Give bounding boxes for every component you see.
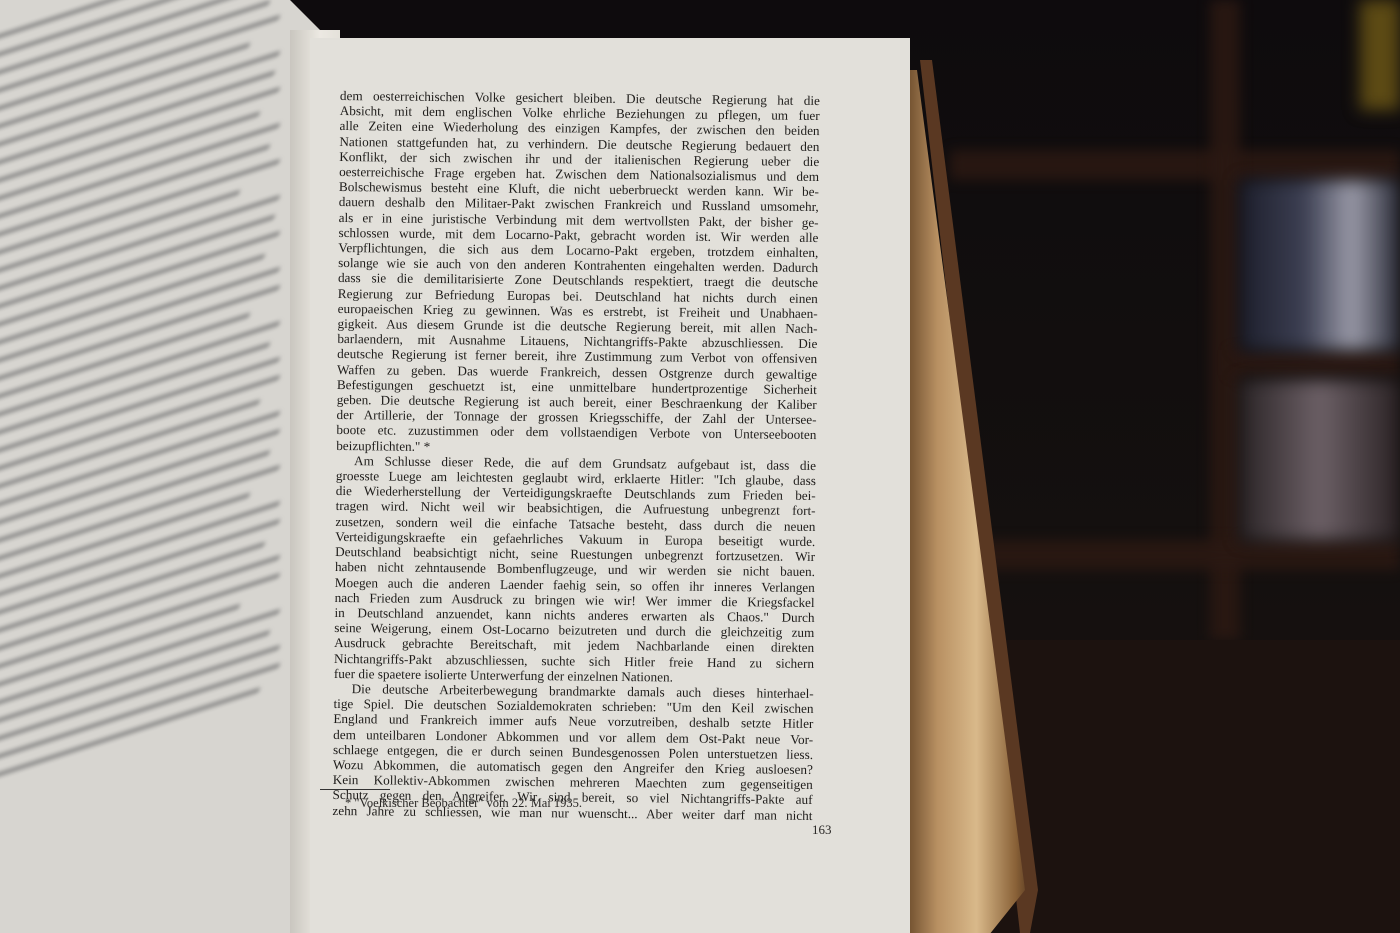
bookshelf-frame	[960, 540, 1400, 570]
footnote-divider	[320, 789, 390, 790]
right-page-text: dem oesterreichischen Volke gesichert bl…	[332, 88, 820, 823]
shelf-books	[1240, 380, 1400, 540]
bookshelf-frame	[950, 150, 1400, 180]
page-number: 163	[812, 822, 832, 838]
left-page-text	[0, 0, 310, 933]
left-page-blurred	[0, 0, 330, 933]
wooden-table	[1000, 640, 1400, 933]
shelf-books	[1360, 0, 1400, 110]
bookshelf-frame	[1230, 350, 1400, 375]
footnote: * "Voelkischer Beobachter" vom 22. Mai 1…	[345, 796, 582, 811]
shelf-books	[1240, 180, 1400, 350]
